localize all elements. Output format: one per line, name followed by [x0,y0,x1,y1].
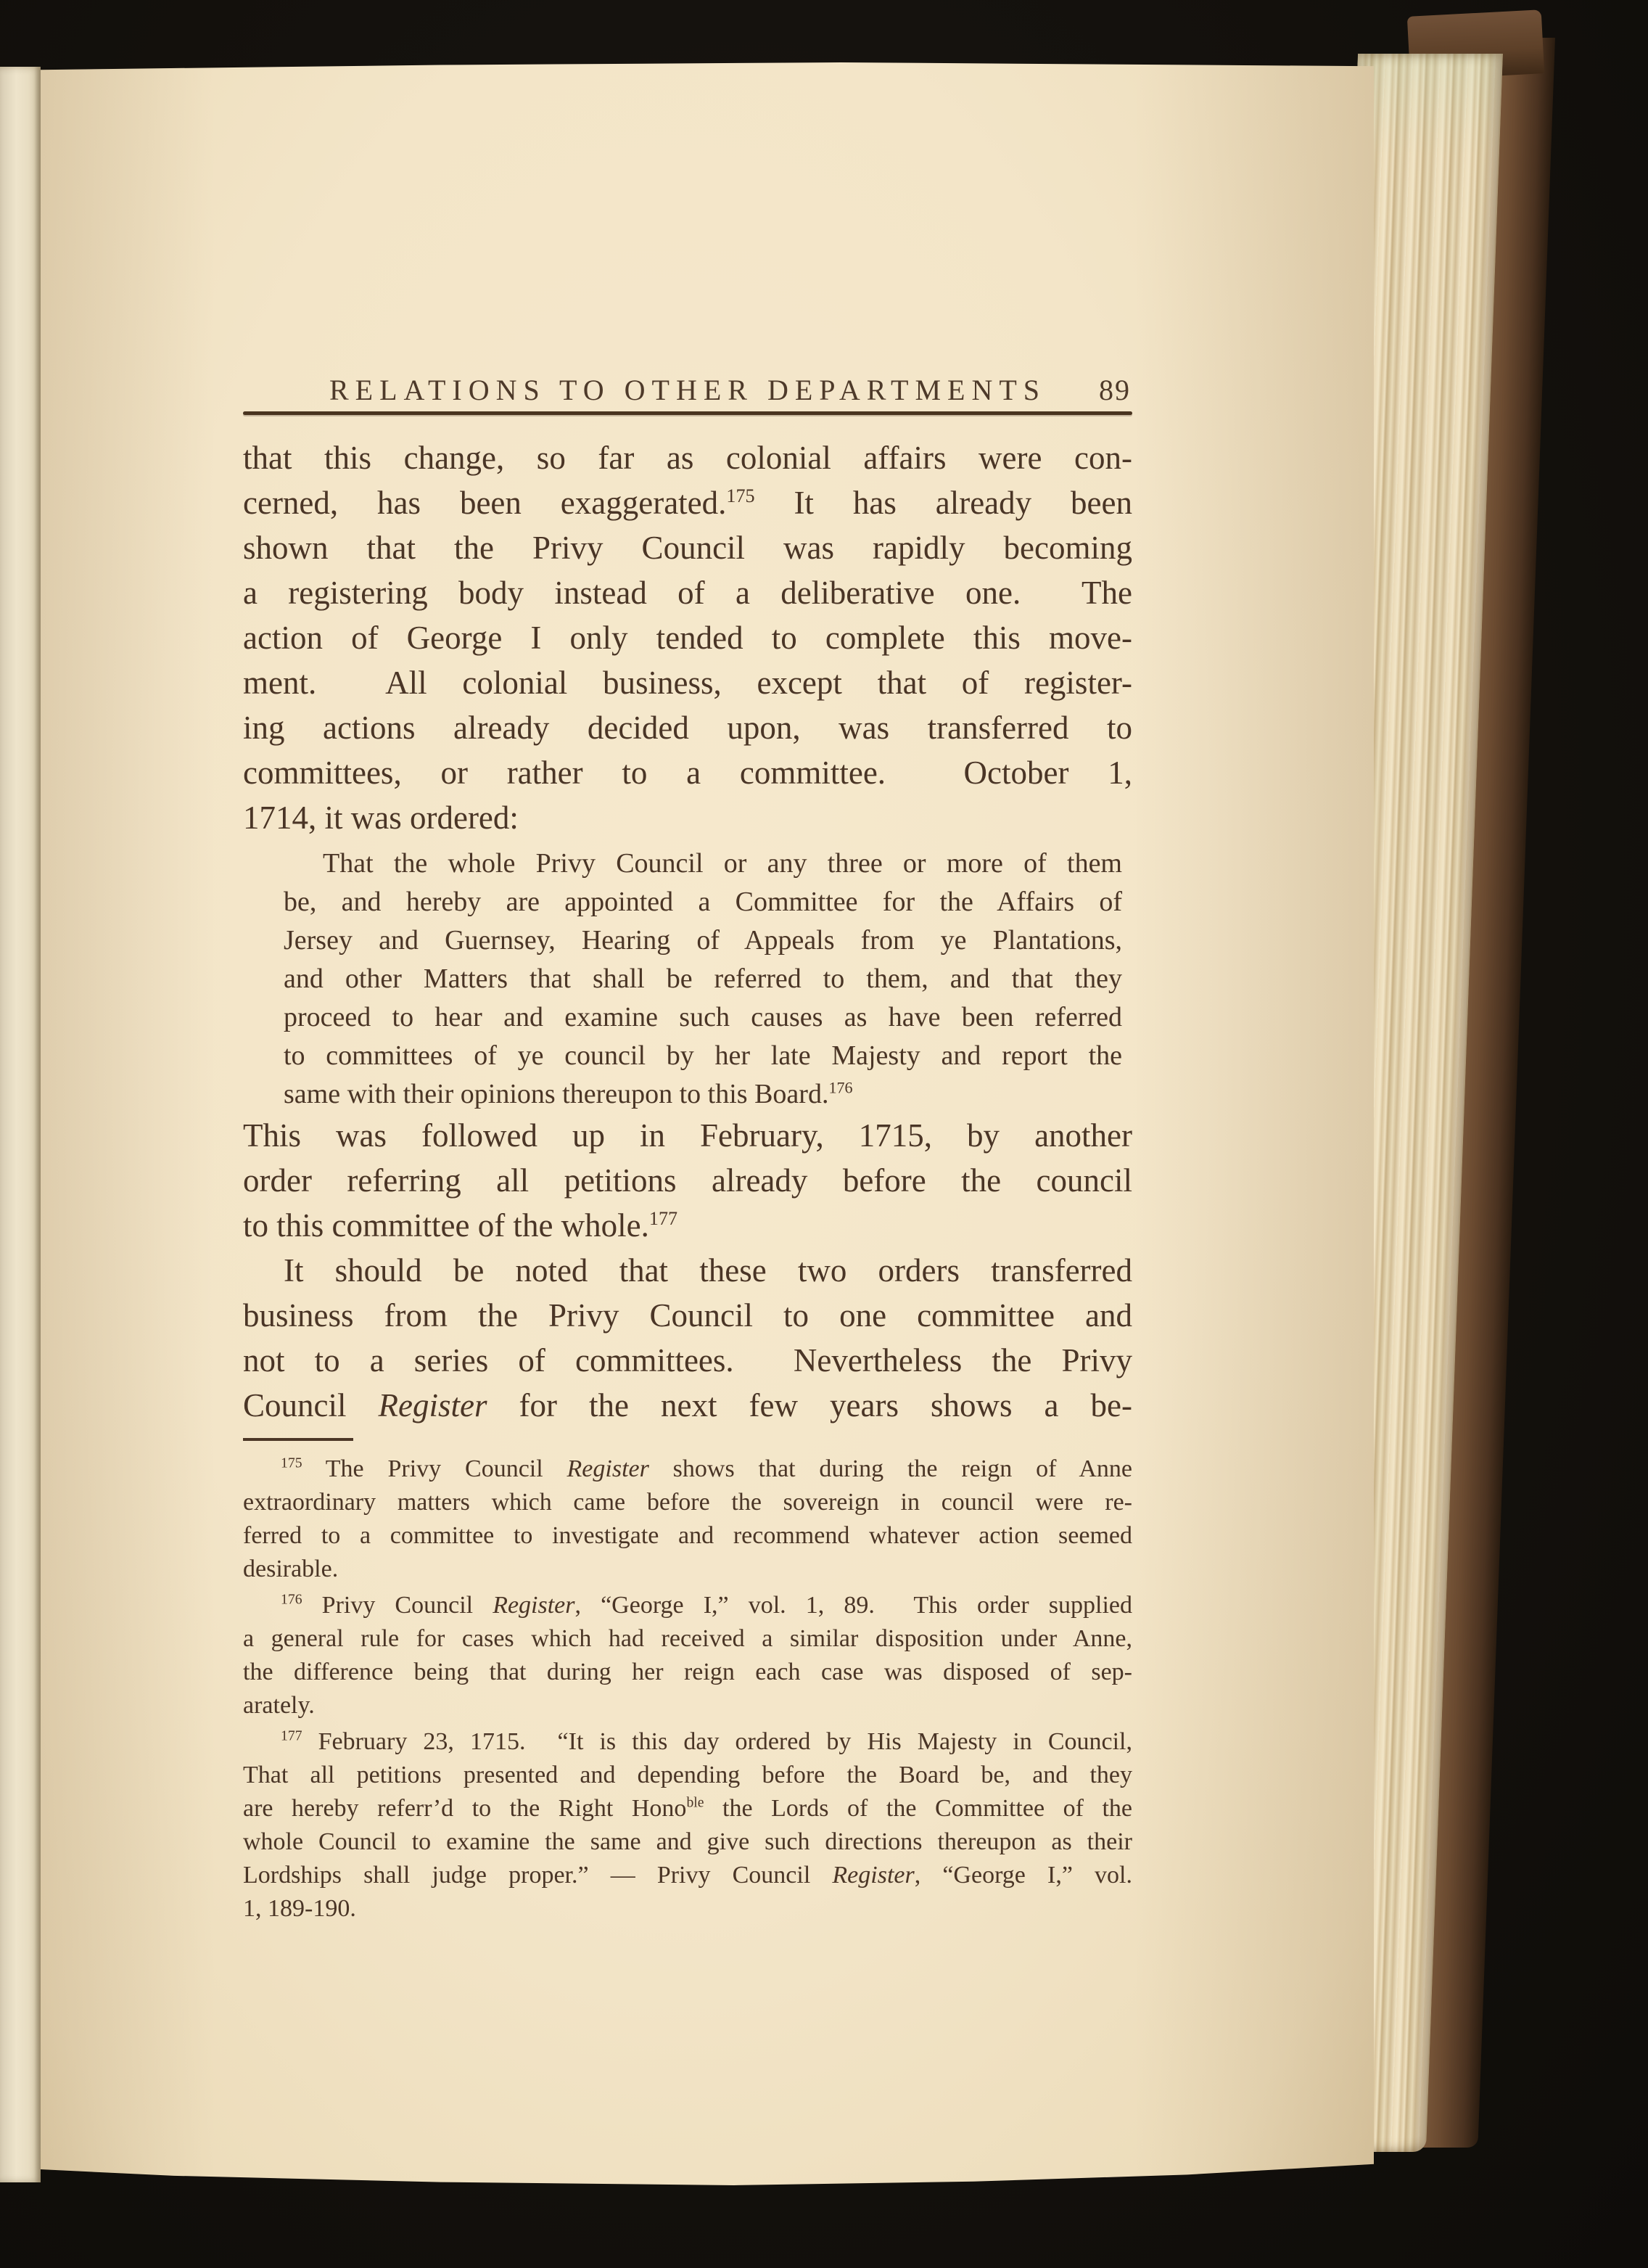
text-line: It should be noted that these two orders… [243,1248,1132,1293]
footnote-separator-rule [243,1438,353,1441]
chapter-title: RELATIONS TO OTHER DEPARTMENTS [329,374,1046,406]
text-line: ing actions already decided upon, was tr… [243,705,1132,750]
text-line: the difference being that during her rei… [243,1656,1132,1689]
text-line: ferred to a committee to investigate and… [243,1519,1132,1553]
book-page: RELATIONS TO OTHER DEPARTMENTS 89 that t… [41,62,1374,2185]
footnote-175: 175 The Privy Council Register shows tha… [243,1453,1132,1586]
text-line: desirable. [243,1553,1132,1586]
text-line: arately. [243,1689,1132,1722]
text-line: Lordships shall judge proper.” — Privy C… [243,1859,1132,1892]
text-line: that this change, so far as colonial aff… [243,435,1132,480]
header-rule [243,411,1132,415]
text-line: to committees of ye council by her late … [284,1037,1122,1075]
paragraph-it-should-be-noted: It should be noted that these two orders… [243,1248,1132,1428]
text-line: extraordinary matters which came before … [243,1486,1132,1519]
footnote-176: 176 Privy Council Register, “George I,” … [243,1589,1132,1722]
text-line: 175 The Privy Council Register shows tha… [243,1453,1132,1486]
text-line: a general rule for cases which had recei… [243,1622,1132,1656]
text-line: business from the Privy Council to one c… [243,1293,1132,1338]
text-line: Jersey and Guernsey, Hearing of Appeals … [284,921,1122,960]
text-line: order referring all petitions already be… [243,1158,1132,1203]
page-number: 89 [1099,373,1131,407]
text-line: same with their opinions thereupon to th… [284,1075,1122,1114]
text-line: cerned, has been exaggerated.175 It has … [243,480,1132,525]
text-line: shown that the Privy Council was rapidly… [243,525,1132,570]
footnote-177: 177 February 23, 1715. “It is this day o… [243,1725,1132,1926]
text-line: proceed to hear and examine such causes … [284,998,1122,1037]
text-line: be, and hereby are appointed a Committee… [284,883,1122,921]
text-line: That all petitions presented and dependi… [243,1759,1132,1792]
running-head: RELATIONS TO OTHER DEPARTMENTS 89 [243,373,1132,411]
text-line: a registering body instead of a delibera… [243,570,1132,615]
text-line: action of George I only tended to comple… [243,615,1132,660]
text-line: This was followed up in February, 1715, … [243,1113,1132,1158]
paragraph-continuation: that this change, so far as colonial aff… [243,435,1132,840]
paragraph-follow-up-order: This was followed up in February, 1715, … [243,1113,1132,1248]
text-line: whole Council to examine the same and gi… [243,1825,1132,1859]
previous-page-edge [0,67,41,2182]
text-line: to this committee of the whole.177 [243,1203,1132,1248]
text-line: ment. All colonial business, except that… [243,660,1132,705]
text-line: 1714, it was ordered: [243,795,1132,840]
block-quotation: That the whole Privy Council or any thre… [284,845,1122,1114]
text-line: 176 Privy Council Register, “George I,” … [243,1589,1132,1622]
text-line: 1, 189-190. [243,1892,1132,1926]
text-line: Council Register for the next few years … [243,1383,1132,1428]
text-line: 177 February 23, 1715. “It is this day o… [243,1725,1132,1759]
text-line: are hereby referr’d to the Right Honoble… [243,1792,1132,1825]
text-line: committees, or rather to a committee. Oc… [243,750,1132,795]
text-line: not to a series of committees. Neverthel… [243,1338,1132,1383]
text-line: and other Matters that shall be referred… [284,960,1122,998]
printed-text-area: RELATIONS TO OTHER DEPARTMENTS 89 that t… [243,62,1132,2185]
text-line: That the whole Privy Council or any thre… [284,845,1122,883]
photograph-of-book-page: { "header": { "title": "RELATIONS TO OTH… [0,0,1648,2268]
